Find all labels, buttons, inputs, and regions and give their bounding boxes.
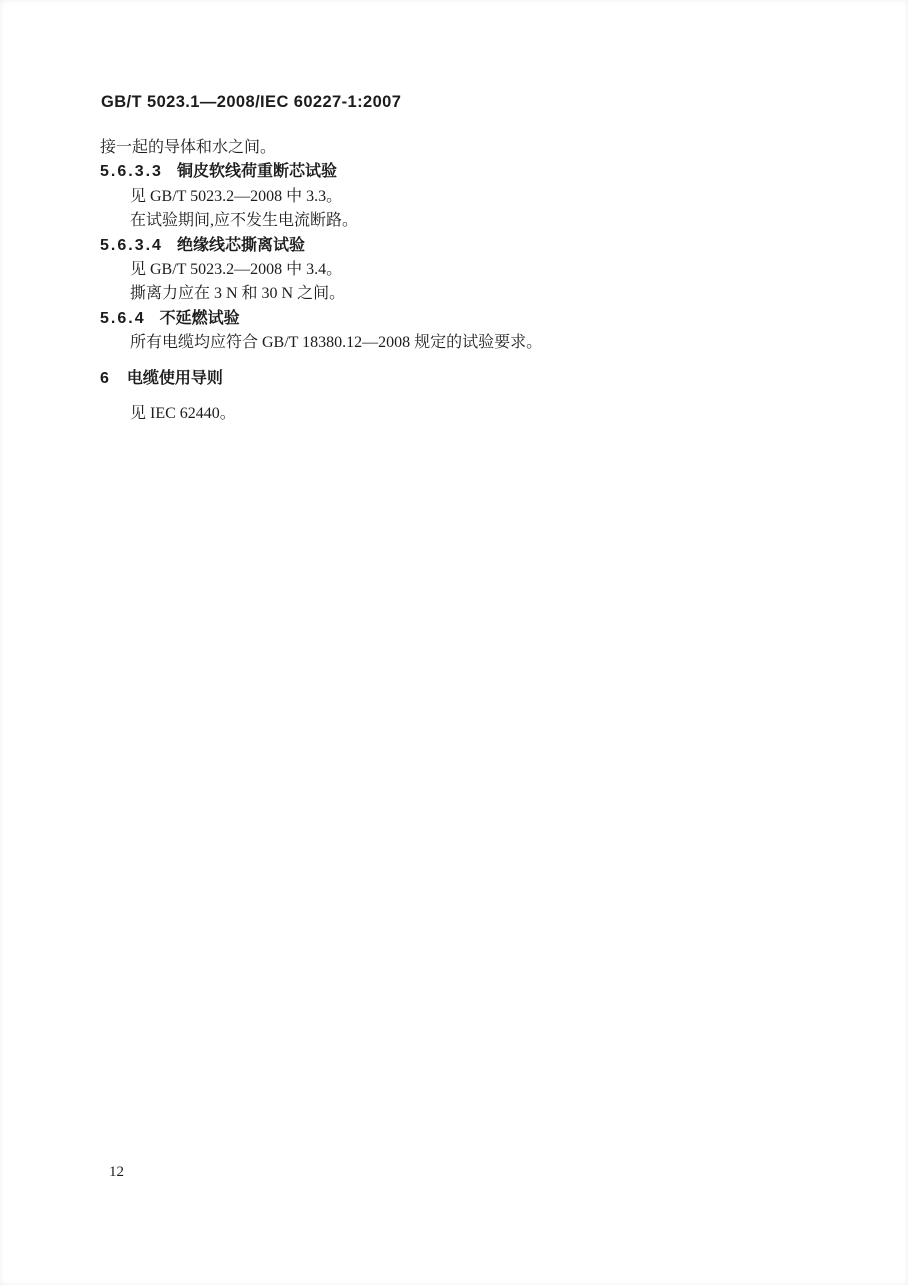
chapter-number: 6 bbox=[100, 370, 109, 387]
body-line: 见 IEC 62440。 bbox=[100, 402, 810, 426]
body-line-continuation: 接一起的导体和水之间。 bbox=[100, 136, 810, 160]
section-number: 5.6.3.4 bbox=[100, 237, 163, 254]
running-header-doc-number: GB/T 5023.1—2008/IEC 60227-1:2007 bbox=[101, 93, 401, 112]
section-title: 铜皮软线荷重断芯试验 bbox=[177, 163, 337, 180]
section-title: 不延燃试验 bbox=[160, 310, 240, 327]
body-line: 撕离力应在 3 N 和 30 N 之间。 bbox=[100, 282, 810, 306]
chapter-title: 电缆使用导则 bbox=[127, 370, 223, 387]
document-page: GB/T 5023.1—2008/IEC 60227-1:2007 接一起的导体… bbox=[0, 0, 908, 1285]
page-body: 接一起的导体和水之间。 5.6.3.3铜皮软线荷重断芯试验 见 GB/T 502… bbox=[100, 136, 810, 426]
page-number: 12 bbox=[109, 1164, 124, 1181]
section-number: 5.6.3.3 bbox=[100, 163, 163, 180]
section-heading-5-6-3-4: 5.6.3.4绝缘线芯撕离试验 bbox=[100, 234, 810, 258]
section-heading-5-6-4: 5.6.4不延燃试验 bbox=[100, 307, 810, 331]
chapter-heading-6: 6电缆使用导则 bbox=[100, 367, 810, 391]
section-heading-5-6-3-3: 5.6.3.3铜皮软线荷重断芯试验 bbox=[100, 160, 810, 184]
body-line: 所有电缆均应符合 GB/T 18380.12—2008 规定的试验要求。 bbox=[100, 331, 810, 355]
body-line: 见 GB/T 5023.2—2008 中 3.4。 bbox=[100, 258, 810, 282]
section-title: 绝缘线芯撕离试验 bbox=[177, 237, 305, 254]
body-line: 见 GB/T 5023.2—2008 中 3.3。 bbox=[100, 185, 810, 209]
body-line: 在试验期间,应不发生电流断路。 bbox=[100, 209, 810, 233]
section-number: 5.6.4 bbox=[100, 310, 146, 327]
